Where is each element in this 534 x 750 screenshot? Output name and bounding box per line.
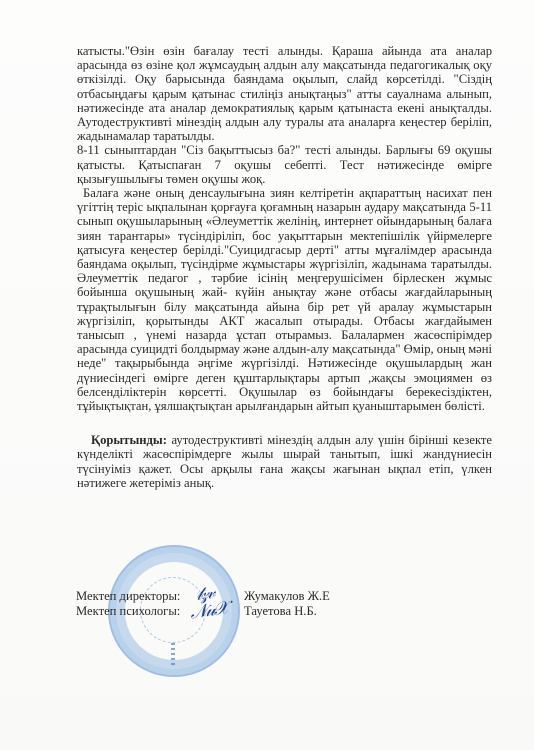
document-body: катысты."Өзін өзін бағалау тесті алынды.…	[77, 44, 492, 490]
conclusion-label: Қорытынды:	[91, 433, 167, 447]
paragraph-happiness-test: 8-11 сыныптардан "Сіз бақыттысыз ба?" те…	[77, 143, 492, 186]
signature-row-director: Мектеп директоры: Жумакулов Ж.Е	[76, 589, 436, 604]
document-page: катысты."Өзін өзін бағалау тесті алынды.…	[0, 0, 534, 750]
signature-block: Мектеп директоры: Жумакулов Ж.Е Мектеп п…	[76, 589, 436, 619]
psychologist-name: Тауетова Н.Б.	[244, 604, 317, 619]
paragraph-parent-survey: катысты."Өзін өзін бағалау тесті алынды.…	[77, 44, 492, 143]
signature-row-psychologist: Мектеп психологы: Тауетова Н.Б.	[76, 604, 436, 619]
stamp-dots	[171, 643, 175, 667]
paragraph-prevention-activities: Балаға және оның денсаулығына зиян келті…	[77, 186, 492, 413]
director-name: Жумакулов Ж.Е	[244, 589, 330, 604]
conclusion-paragraph: Қорытынды: аутодеструктивті мінездің алд…	[77, 433, 492, 490]
